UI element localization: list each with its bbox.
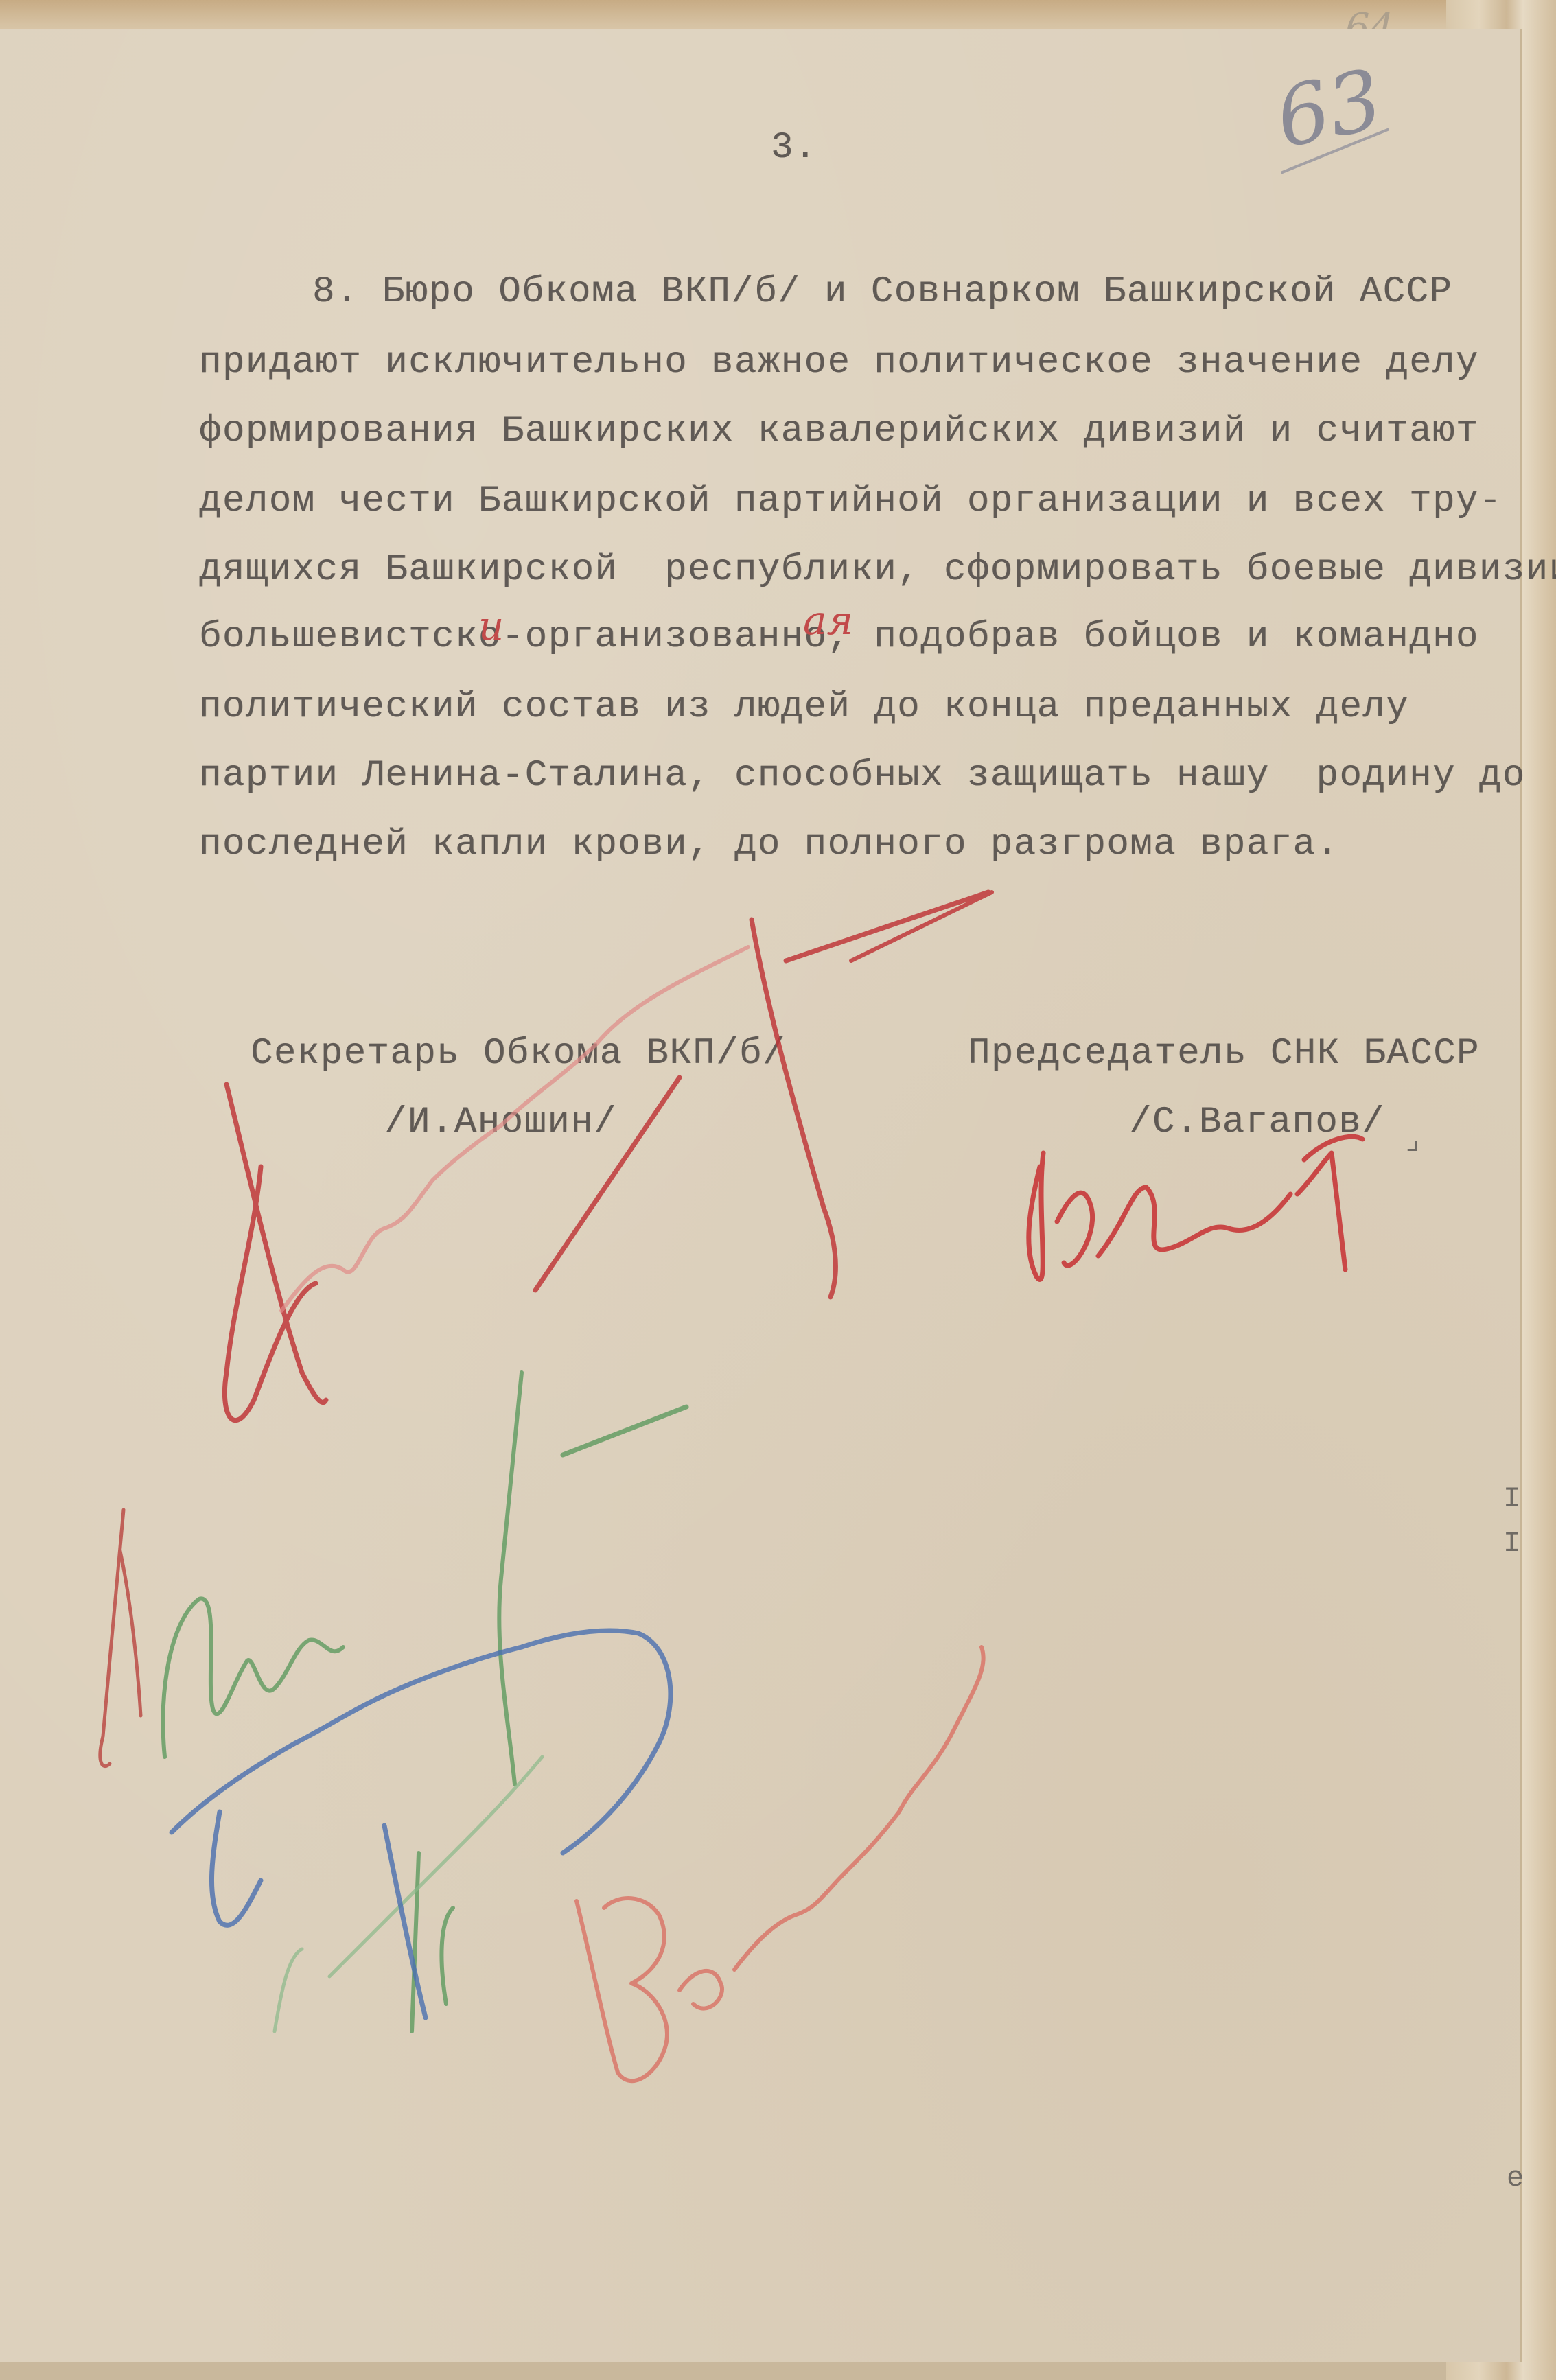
paragraph-line: последней капли крови, до полного разгро… (199, 824, 1339, 865)
signatory-right-title: Председатель СНК БАССР (968, 1033, 1480, 1075)
edge-mark: е (1507, 2162, 1524, 2195)
paragraph-line: придают исключительно важное политическо… (199, 342, 1479, 384)
page-number: 3. (771, 127, 817, 169)
paragraph-line: 8. Бюро Обкома ВКП/б/ и Совнарком Башкир… (312, 271, 1452, 313)
paragraph-line: партии Ленина-Сталина, способных защищат… (199, 755, 1526, 797)
paragraph-line: делом чести Башкирской партийной организ… (199, 480, 1502, 522)
margin-mark: ⌟ (1406, 1122, 1419, 1158)
paragraph-line: формирования Башкирских кавалерийских ди… (199, 410, 1479, 452)
paragraph-line: политический состав из людей до конца пр… (199, 686, 1409, 728)
edge-mark: I (1503, 1482, 1520, 1515)
paragraph-line: дящихся Башкирской республики, сформиров… (199, 549, 1556, 591)
signatory-right-name: /С.Вагапов/ (1129, 1101, 1385, 1143)
handwritten-correction: и (478, 603, 504, 649)
signatory-left-title: Секретарь Обкома ВКП/б/ (251, 1033, 786, 1075)
handwritten-correction: ая (803, 597, 853, 644)
edge-mark: I (1503, 1527, 1520, 1560)
signatory-left-name: /И.Аношин/ (384, 1101, 617, 1143)
